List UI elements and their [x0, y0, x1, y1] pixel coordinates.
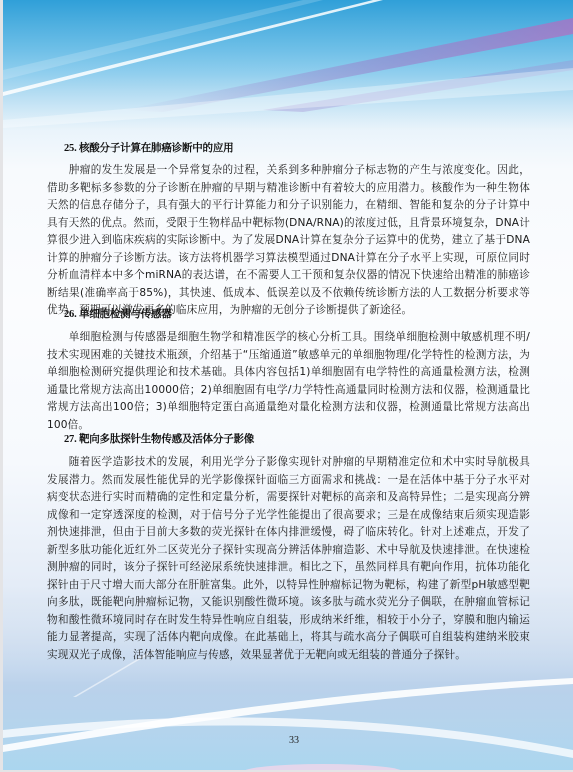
- page-number: 33: [289, 735, 299, 746]
- section-heading-25: 25. 核酸分子计算在肺癌诊断中的应用: [64, 140, 233, 155]
- section-paragraph-27: 随着医学造影技术的发展，利用光学分子影像实现针对肿瘤的早期精准定位和术中实时导航…: [47, 454, 530, 665]
- document-page: 25. 核酸分子计算在肺癌诊断中的应用 肿瘤的发生发展是一个异常复杂的过程，关系…: [3, 0, 573, 770]
- section-heading-26: 26. 单细胞检测与传感器: [64, 306, 172, 321]
- section-heading-27: 27. 靶向多肽探针生物传感及活体分子影像: [64, 431, 254, 446]
- section-paragraph-25: 肿瘤的发生发展是一个异常复杂的过程，关系到多种肿瘤分子标志物的产生与浓度变化。因…: [47, 162, 530, 320]
- section-paragraph-26: 单细胞检测与传感器是细胞生物学和精准医学的核心分析工具。围绕单细胞检测中敏感机理…: [47, 329, 530, 434]
